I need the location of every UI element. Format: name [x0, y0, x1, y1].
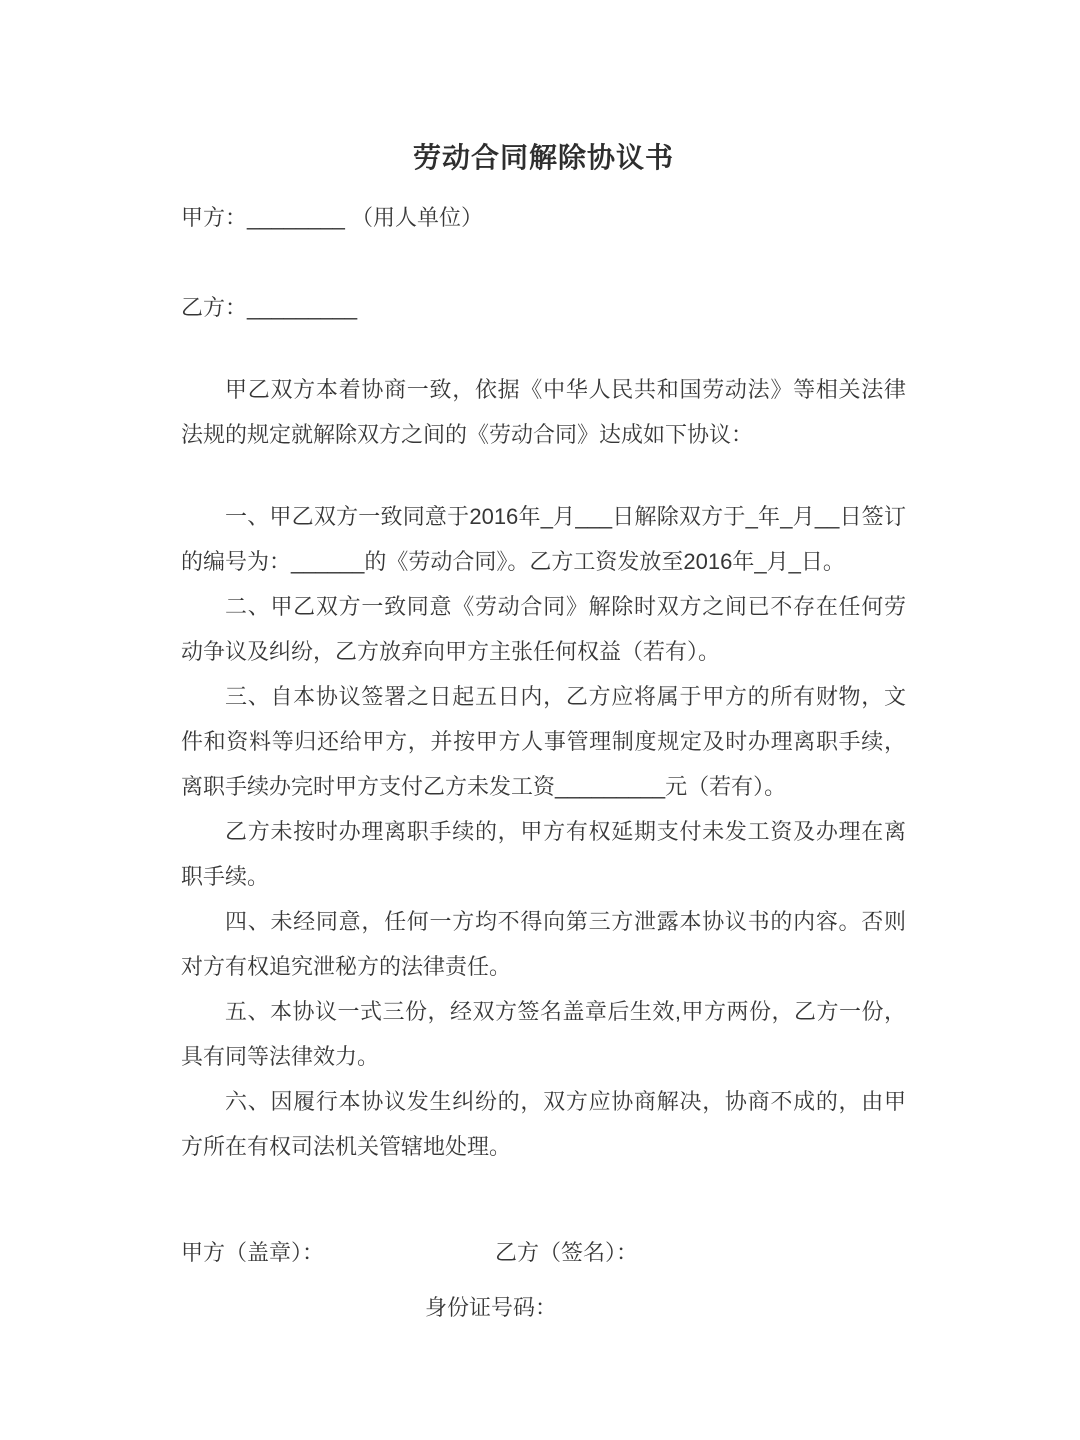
- clause-4: 四、未经同意，任何一方均不得向第三方泄露本协议书的内容。否则对方有权追究泄秘方的…: [181, 899, 906, 989]
- clause-2: 二、甲乙双方一致同意《劳动合同》解除时双方之间已不存在任何劳动争议及纠纷，乙方放…: [181, 584, 906, 674]
- id-number-label: 身份证号码：: [181, 1285, 906, 1330]
- party-a-seal-label: 甲方（盖章）：: [181, 1240, 324, 1265]
- clause-3-continuation: 乙方未按时办理离职手续的，甲方有权延期支付未发工资及办理在离职手续。: [181, 809, 906, 899]
- party-b-sign-label: 乙方（签名）：: [495, 1240, 638, 1265]
- contract-document-page: 劳动合同解除协议书 甲方：________ （用人单位） 乙方：________…: [0, 0, 1080, 1440]
- clause-6: 六、因履行本协议发生纠纷的，双方应协商解决，协商不成的，由甲方所在有权司法机关管…: [181, 1079, 906, 1169]
- clause-3: 三、自本协议签署之日起五日内，乙方应将属于甲方的所有财物，文件和资料等归还给甲方…: [181, 674, 906, 809]
- preamble-paragraph: 甲乙双方本着协商一致，依据《中华人民共和国劳动法》等相关法律法规的规定就解除双方…: [181, 367, 906, 457]
- party-a-blank-line: 甲方：________ （用人单位）: [181, 195, 906, 240]
- document-title: 劳动合同解除协议书: [181, 140, 906, 176]
- clause-5: 五、本协议一式三份，经双方签名盖章后生效,甲方两份，乙方一份，具有同等法律效力。: [181, 989, 906, 1079]
- clauses-section: 一、甲乙双方一致同意于2016年_月___日解除双方于_年_月__日签订的编号为…: [181, 494, 906, 1169]
- clause-1: 一、甲乙双方一致同意于2016年_月___日解除双方于_年_月__日签订的编号为…: [181, 494, 906, 584]
- signature-row: 甲方（盖章）：乙方（签名）：: [181, 1230, 906, 1275]
- party-b-blank-line: 乙方：_________: [181, 285, 906, 330]
